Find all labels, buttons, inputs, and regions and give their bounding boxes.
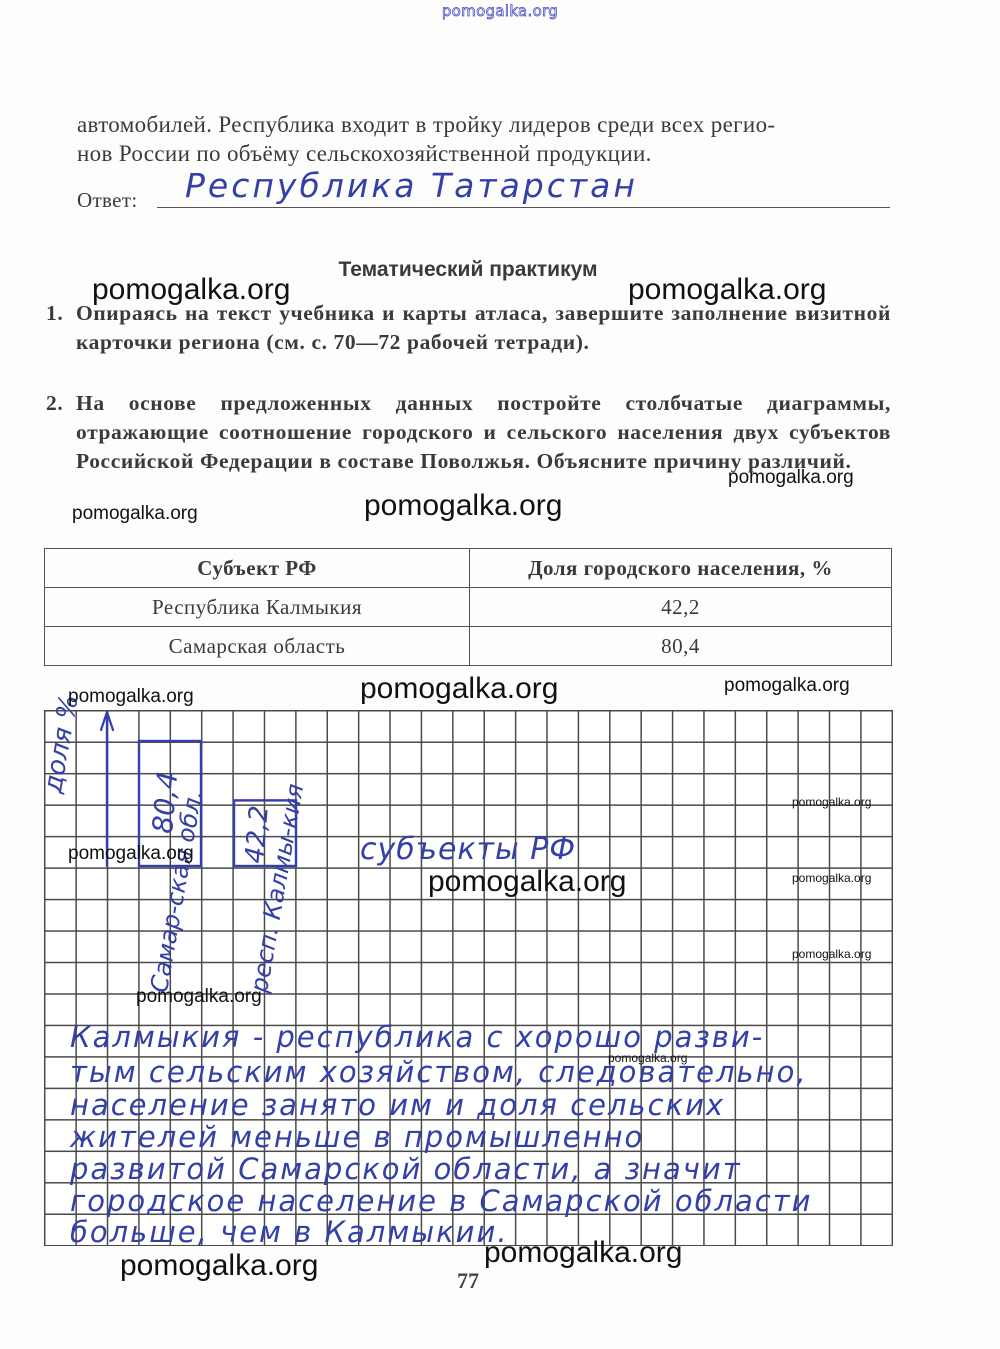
essay-line-5: развитой Самарской области, а значит bbox=[70, 1152, 742, 1186]
bar-value-kalmykia: 42,2 bbox=[240, 804, 275, 864]
watermark: pomogalka.org bbox=[136, 986, 262, 1008]
bar-value-samara: 80,4 bbox=[146, 770, 184, 835]
essay-line-4: жителей меньше в промышленно bbox=[70, 1120, 644, 1154]
x-axis-label: субъекты РФ bbox=[360, 832, 576, 867]
watermark: pomogalka.org bbox=[120, 1249, 318, 1283]
watermark: pomogalka.org bbox=[72, 503, 198, 525]
watermark: pomogalka.org bbox=[724, 675, 850, 697]
essay-line-1: Калмыкия - республика с хорошо разви- bbox=[70, 1020, 764, 1054]
watermark: pomogalka.org bbox=[628, 273, 826, 307]
essay-line-7: больше, чем в Калмыкии. bbox=[70, 1215, 509, 1249]
essay-line-2: тым сельским хозяйством, следовательно, bbox=[70, 1055, 808, 1089]
watermark: pomogalka.org bbox=[364, 489, 562, 523]
watermark: pomogalka.org bbox=[360, 672, 558, 706]
watermark: pomogalka.org bbox=[792, 795, 871, 809]
essay-line-3: население занято им и доля сельских bbox=[70, 1088, 725, 1122]
watermark: pomogalka.org bbox=[92, 273, 290, 307]
watermark: pomogalka.org bbox=[428, 865, 626, 899]
watermark: pomogalka.org bbox=[68, 686, 194, 708]
watermark: pomogalka.org bbox=[792, 871, 871, 885]
watermark: pomogalka.org bbox=[792, 947, 871, 961]
watermark: pomogalka.org bbox=[484, 1236, 682, 1270]
essay-line-6: городское население в Самарской области bbox=[70, 1184, 812, 1218]
watermark: pomogalka.org bbox=[608, 1051, 687, 1065]
watermark: pomogalka.org bbox=[68, 843, 194, 865]
watermark: pomogalka.org bbox=[728, 467, 854, 489]
